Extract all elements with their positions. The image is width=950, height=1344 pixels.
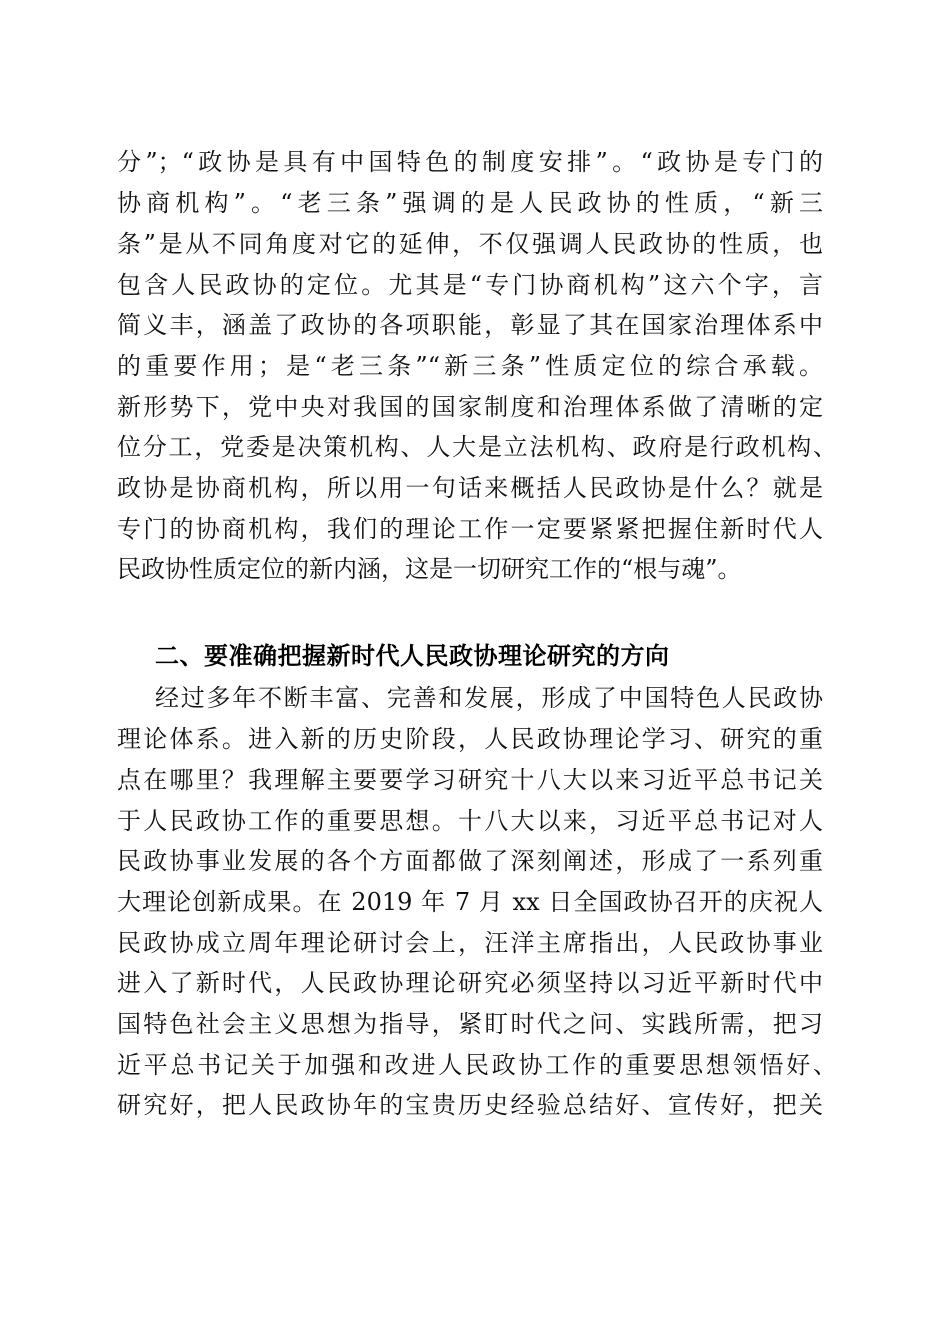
paragraph-line: 协商机构”。“老三条”强调的是人民政协的性质，“新三 — [117, 188, 823, 218]
paragraph-line: 大理论创新成果。在 2019 年 7 月 xx 日全国政协召开的庆祝人 — [117, 887, 823, 917]
paragraph-line: 专门的协商机构，我们的理论工作一定要紧紧把握住新时代人 — [117, 514, 823, 544]
paragraph-line: 经过多年不断丰富、完善和发展，形成了中国特色人民政协 — [155, 683, 823, 713]
paragraph-line: 研究好，把人民政协年的宝贵历史经验总结好、宣传好，把关 — [117, 1090, 823, 1120]
paragraph-line: 进入了新时代，人民政协理论研究必须坚持以习近平新时代中 — [117, 968, 823, 998]
section-heading: 二、要准确把握新时代人民政协理论研究的方向 — [155, 640, 670, 672]
paragraph-line: 位分工，党委是决策机构、人大是立法机构、政府是行政机构、 — [117, 432, 837, 462]
paragraph-line: 政协是协商机构，所以用一句话来概括人民政协是什么？就是 — [117, 473, 823, 503]
paragraph-line: 近平总书记关于加强和改进人民政协工作的重要思想领悟好、 — [117, 1050, 837, 1080]
paragraph-line: 新形势下，党中央对我国的国家制度和治理体系做了清晰的定 — [117, 392, 823, 422]
paragraph-line: 条”是从不同角度对它的延伸，不仅强调人民政协的性质，也 — [117, 229, 823, 259]
paragraph-line: 点在哪里？我理解主要要学习研究十八大以来习近平总书记关 — [117, 765, 823, 795]
document-page: 分”；“政协是具有中国特色的制度安排”。“政协是专门的 协商机构”。“老三条”强… — [0, 0, 950, 1344]
paragraph-line: 的重要作用；是“老三条”“新三条”性质定位的综合承载。 — [117, 351, 823, 381]
paragraph-line: 理论体系。进入新的历史阶段，人民政协理论学习、研究的重 — [117, 724, 823, 754]
paragraph-line: 民政协事业发展的各个方面都做了深刻阐述，形成了一系列重 — [117, 846, 823, 876]
paragraph-line: 民政协性质定位的新内涵，这是一切研究工作的“根与魂”。 — [117, 554, 823, 584]
paragraph-line: 于人民政协工作的重要思想。十八大以来，习近平总书记对人 — [117, 806, 823, 836]
paragraph-line: 简义丰，涵盖了政协的各项职能，彰显了其在国家治理体系中 — [117, 310, 823, 340]
paragraph-line: 包含人民政协的定位。尤其是“专门协商机构”这六个字，言 — [117, 270, 823, 300]
paragraph-line: 分”；“政协是具有中国特色的制度安排”。“政协是专门的 — [117, 147, 823, 177]
paragraph-line: 民政协成立周年理论研讨会上，汪洋主席指出，人民政协事业 — [117, 928, 823, 958]
paragraph-line: 国特色社会主义思想为指导，紧盯时代之问、实践所需，把习 — [117, 1009, 823, 1039]
